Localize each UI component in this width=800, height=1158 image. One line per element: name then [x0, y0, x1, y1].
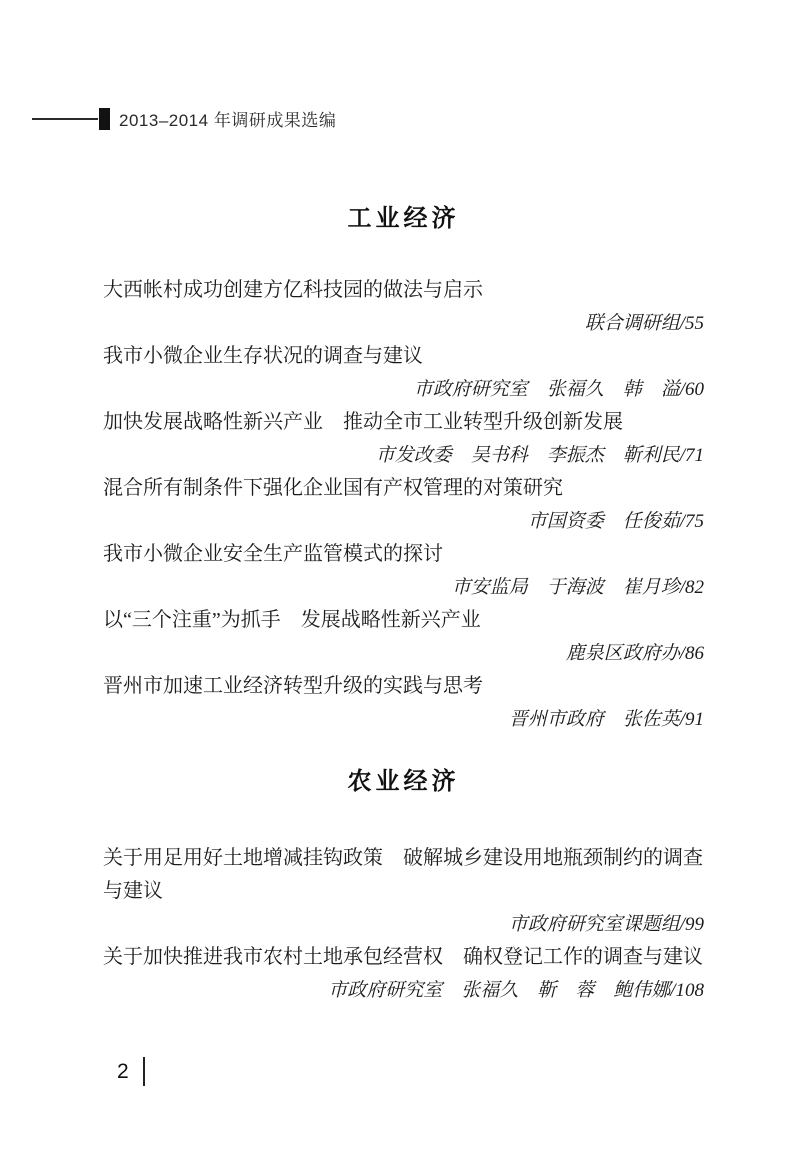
toc-entry: 大西帐村成功创建方亿科技园的做法与启示 联合调研组/55	[103, 274, 704, 340]
toc-entry: 晋州市加速工业经济转型升级的实践与思考 晋州市政府 张佐英/91	[103, 670, 704, 736]
toc-entry: 关于用足用好土地增减挂钩政策 破解城乡建设用地瓶颈制约的调查与建议 市政府研究室…	[103, 842, 704, 941]
entry-title: 关于加快推进我市农村土地承包经营权 确权登记工作的调查与建议	[103, 941, 704, 974]
toc-entry: 我市小微企业安全生产监管模式的探讨 市安监局 于海波 崔月珍/82	[103, 538, 704, 604]
entry-title: 关于用足用好土地增减挂钩政策 破解城乡建设用地瓶颈制约的调查与建议	[103, 842, 704, 908]
entry-byline: 市发改委 吴书科 李振杰 靳利民/71	[103, 439, 704, 472]
entry-title: 我市小微企业生存状况的调查与建议	[103, 340, 704, 373]
section-agricultural-economy: 农业经济 关于用足用好土地增减挂钩政策 破解城乡建设用地瓶颈制约的调查与建议 市…	[103, 766, 704, 1007]
header-rule	[32, 118, 98, 120]
entry-title: 晋州市加速工业经济转型升级的实践与思考	[103, 670, 704, 703]
page-footer: 2	[117, 1057, 145, 1086]
toc-entry: 以“三个注重”为抓手 发展战略性新兴产业 鹿泉区政府办/86	[103, 604, 704, 670]
entry-byline: 市政府研究室课题组/99	[103, 908, 704, 941]
toc-entry: 关于加快推进我市农村土地承包经营权 确权登记工作的调查与建议 市政府研究室 张福…	[103, 941, 704, 1007]
toc-page: 2013–2014 年调研成果选编 工业经济 大西帐村成功创建方亿科技园的做法与…	[0, 0, 800, 1158]
entry-byline: 鹿泉区政府办/86	[103, 637, 704, 670]
entry-byline: 联合调研组/55	[103, 307, 704, 340]
booklet-title: 2013–2014 年调研成果选编	[119, 106, 336, 131]
toc-entry: 混合所有制条件下强化企业国有产权管理的对策研究 市国资委 任俊茹/75	[103, 472, 704, 538]
section-industrial-economy: 工业经济 大西帐村成功创建方亿科技园的做法与启示 联合调研组/55 我市小微企业…	[103, 203, 704, 736]
section-title-industrial-economy: 工业经济	[103, 203, 704, 234]
entry-title: 加快发展战略性新兴产业 推动全市工业转型升级创新发展	[103, 406, 704, 439]
page-header: 2013–2014 年调研成果选编	[32, 106, 336, 131]
entry-title: 混合所有制条件下强化企业国有产权管理的对策研究	[103, 472, 704, 505]
toc-content: 工业经济 大西帐村成功创建方亿科技园的做法与启示 联合调研组/55 我市小微企业…	[103, 203, 704, 1007]
toc-entry: 加快发展战略性新兴产业 推动全市工业转型升级创新发展 市发改委 吴书科 李振杰 …	[103, 406, 704, 472]
entry-title: 大西帐村成功创建方亿科技园的做法与启示	[103, 274, 704, 307]
entry-title: 我市小微企业安全生产监管模式的探讨	[103, 538, 704, 571]
toc-entry: 我市小微企业生存状况的调查与建议 市政府研究室 张福久 韩 溢/60	[103, 340, 704, 406]
entry-byline: 市安监局 于海波 崔月珍/82	[103, 571, 704, 604]
entry-byline: 市政府研究室 张福久 韩 溢/60	[103, 373, 704, 406]
entry-title: 以“三个注重”为抓手 发展战略性新兴产业	[103, 604, 704, 637]
header-marker-icon	[99, 108, 110, 130]
entry-byline: 市国资委 任俊茹/75	[103, 505, 704, 538]
entry-byline: 市政府研究室 张福久 靳 蓉 鲍伟娜/108	[103, 974, 704, 1007]
entry-byline: 晋州市政府 张佐英/91	[103, 703, 704, 736]
page-number: 2	[117, 1058, 129, 1086]
section-title-agricultural-economy: 农业经济	[103, 766, 704, 797]
footer-rule	[143, 1057, 145, 1086]
